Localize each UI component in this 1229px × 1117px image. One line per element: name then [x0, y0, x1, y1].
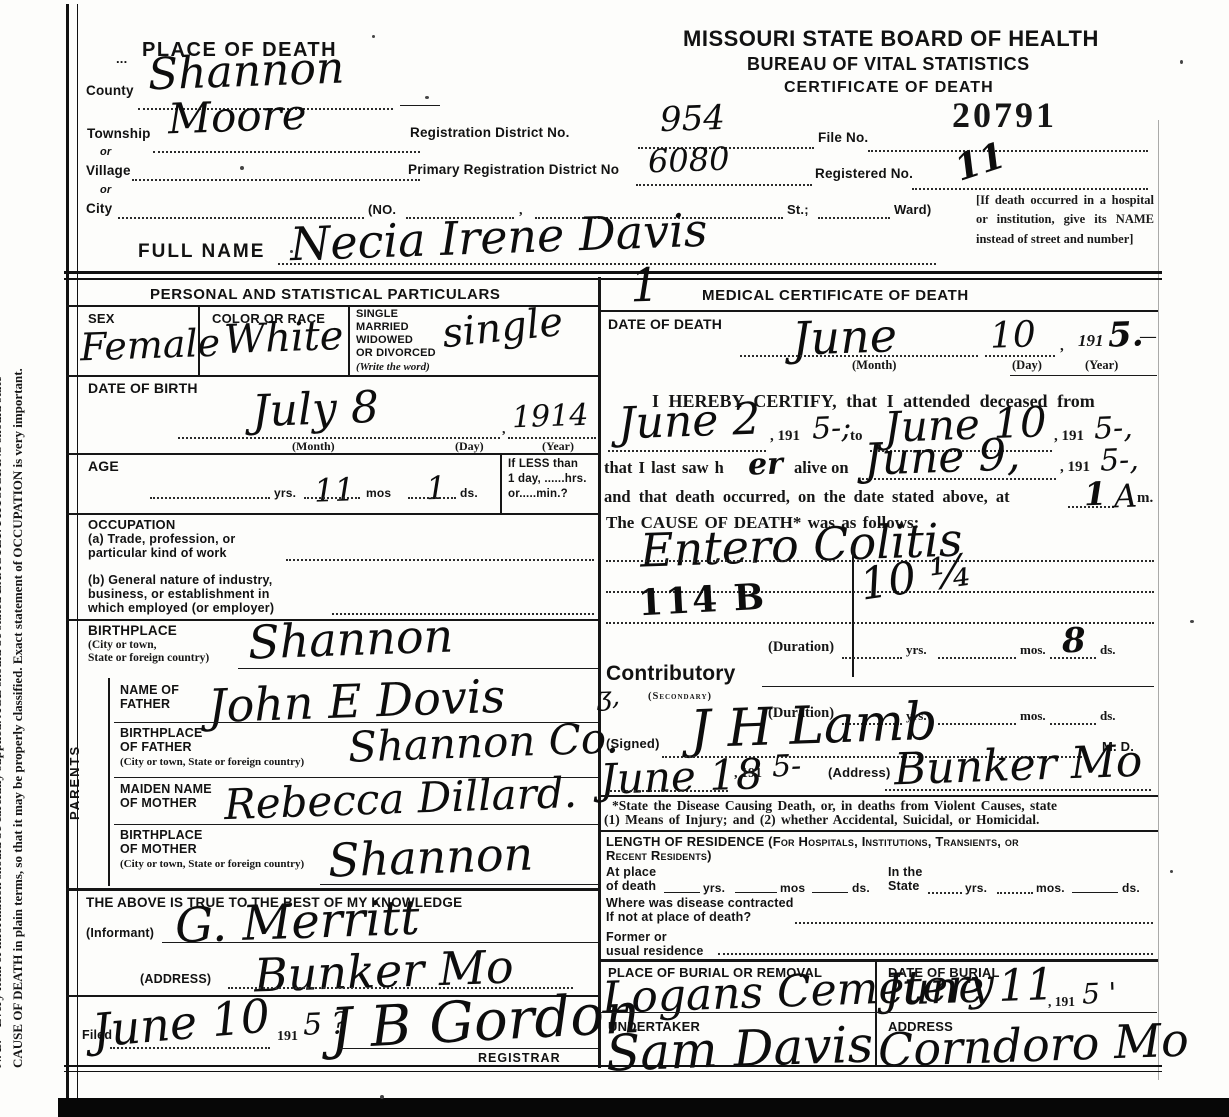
duration-mos-line — [938, 657, 1016, 659]
yr2-value: 5-, — [1093, 413, 1133, 444]
mother-bp-line — [320, 884, 598, 885]
duration-days-value: 8 — [1061, 624, 1086, 659]
personal-section-title: PERSONAL AND STATISTICAL PARTICULARS — [150, 287, 501, 303]
mother-bp-value: Shannon — [327, 830, 534, 883]
column-divider — [598, 277, 601, 1068]
if-less-3: or.....min.? — [508, 488, 568, 500]
age-months-value: 11 — [313, 473, 355, 506]
dob-label: DATE OF BIRTH — [88, 381, 198, 396]
county-label: County — [86, 84, 134, 98]
birthplace-value: Shannon — [247, 612, 454, 665]
dob-value: July 8 — [251, 386, 379, 434]
last-saw-text-2: alive on — [794, 459, 849, 477]
rule-r2 — [601, 795, 1158, 797]
scan-speck — [240, 166, 244, 170]
county-value: Shannon — [147, 47, 345, 98]
last-saw-er: er — [747, 449, 783, 480]
footnote-2: (1) Means of Injury; and (2) whether Acc… — [604, 813, 1039, 828]
dob-month-sub: (Month) — [292, 440, 335, 453]
county-line-2 — [400, 105, 440, 106]
father-bp-sub: (City or town, State or foreign country) — [120, 756, 304, 768]
age-days-value: 1 — [425, 472, 446, 505]
dod-year-printed: 191 — [1078, 332, 1104, 351]
occupation-b3: which employed (or employer) — [88, 602, 274, 615]
informant-label: (Informant) — [86, 927, 154, 940]
dob-line — [178, 437, 500, 439]
res-mos-label: mos — [780, 882, 805, 895]
duration-mos-label: mos. — [1020, 643, 1046, 657]
res-line-5 — [997, 892, 1033, 894]
village-label: Village — [86, 164, 131, 178]
residence-title-2: Recent Residents) — [606, 849, 712, 863]
ward-label: Ward) — [894, 203, 931, 217]
res-line-6 — [1072, 892, 1118, 893]
burial-year-printed: , 191 — [1048, 995, 1075, 1010]
full-name-label: FULL NAME — [138, 242, 265, 262]
marital-label-4: OR DIVORCED — [356, 348, 436, 360]
former-line — [718, 953, 1153, 955]
form-right-border — [1158, 120, 1159, 1080]
yr4-printed: , 191 — [734, 766, 762, 781]
in-the-label-1: In the — [888, 866, 923, 879]
street-label: St.; — [787, 203, 809, 217]
cause-code-mark: 114 B — [637, 579, 767, 622]
file-no-line — [868, 150, 1148, 152]
bureau-title: BUREAU OF VITAL STATISTICS — [747, 55, 1030, 74]
age-mos-label: mos — [366, 487, 391, 500]
rule-r3 — [601, 830, 1158, 832]
age-line-2 — [304, 497, 360, 499]
primary-registration-line — [636, 184, 812, 186]
form-left-border — [66, 4, 78, 1100]
age-yrs-label: yrs. — [274, 487, 296, 500]
birthplace-sub1: (City or town, — [88, 639, 156, 652]
mother-name-label-2: OF MOTHER — [120, 797, 197, 810]
yr3-printed: , 191 — [1060, 459, 1090, 476]
contributory-label: Contributory — [606, 663, 736, 685]
yr3-value: 5-, — [1099, 445, 1139, 476]
res-yrs-label: yrs. — [703, 882, 725, 895]
signed-address-label: (Address) — [828, 766, 890, 780]
signed-date-line — [610, 790, 728, 792]
margin-note-line1: N. B.—Every item of information should b… — [0, 376, 6, 1068]
informant-line — [162, 942, 598, 943]
occupation-a2: particular kind of work — [88, 547, 227, 560]
rule-l6 — [66, 888, 599, 891]
res-line-2 — [735, 892, 777, 893]
duration2-mos-label: mos. — [1020, 709, 1046, 723]
occupation-b1: (b) General nature of industry, — [88, 574, 272, 587]
dod-comma: , — [1060, 338, 1064, 355]
stray-duration-mark: 10 ¼ — [857, 548, 975, 607]
burial-date-value: June 11 — [883, 963, 1055, 1013]
age-line-1 — [150, 497, 270, 499]
yr2-printed: , 191 — [1054, 428, 1084, 445]
contracted-line — [795, 922, 1153, 924]
m-label: m. — [1137, 490, 1153, 507]
registrar-line — [340, 1048, 598, 1049]
scan-speck — [380, 1095, 384, 1099]
mother-bp-label-2: OF MOTHER — [120, 843, 197, 856]
yr1-printed: , 191 — [770, 428, 800, 445]
marital-label-1: SINGLE — [356, 309, 398, 321]
dod-dash: — — [1140, 328, 1156, 346]
township-line — [153, 151, 420, 153]
birthplace-label: BIRTHPLACE — [88, 624, 177, 638]
dod-label: DATE OF DEATH — [608, 317, 722, 332]
dod-day-sub: (Day) — [1012, 359, 1042, 373]
dod-day-value: 10 — [989, 317, 1036, 355]
registration-district-label: Registration District No. — [410, 126, 570, 140]
registration-district-value: 954 — [659, 101, 725, 137]
registered-no-line — [912, 188, 1148, 190]
dod-year-value: 5. — [1107, 317, 1144, 352]
death-certificate-scan: N. B.—Every item of information should b… — [0, 0, 1229, 1117]
township-value: Moore — [167, 94, 307, 141]
village-line — [132, 179, 420, 181]
attended-from-line — [608, 450, 766, 452]
duration-label: (Duration) — [768, 640, 834, 656]
former-label-2: usual residence — [606, 945, 704, 958]
death-occurred-text: and that death occurred, on the date sta… — [604, 488, 1010, 506]
burial-place-line — [600, 1012, 875, 1013]
birthplace-line — [238, 668, 598, 669]
city-label: City — [86, 202, 112, 216]
occupation-a-line — [286, 559, 594, 561]
former-label-1: Former or — [606, 931, 667, 944]
death-hour-value: 1 — [1083, 478, 1106, 511]
full-name-line — [278, 263, 936, 265]
duration2-ds-line — [1050, 723, 1096, 725]
registered-no-value: 11 — [951, 137, 1010, 187]
dod-month-sub: (Month) — [852, 359, 896, 373]
scan-speck — [290, 250, 293, 253]
yr1-value: 5-; — [811, 413, 851, 444]
parents-label: PARENTS — [68, 745, 84, 820]
leader-dots: ... — [116, 52, 127, 66]
scan-speck — [1190, 620, 1194, 623]
res-ds2-label: ds. — [1122, 882, 1140, 895]
duration2-ds-label: ds. — [1100, 709, 1116, 723]
duration-yrs-line — [842, 657, 902, 659]
or-label-1: or — [100, 147, 111, 159]
informant-address-label: (ADDRESS) — [140, 973, 211, 986]
occupation-label: OCCUPATION — [88, 518, 175, 532]
primary-registration-value: 6080 — [647, 143, 730, 178]
res-ds-label: ds. — [852, 882, 870, 895]
age-ds-label: ds. — [460, 487, 478, 500]
mother-bp-sub: (City or town, State or foreign country) — [120, 858, 304, 870]
marital-note: (Write the word) — [356, 361, 430, 373]
primary-registration-label: Primary Registration District No — [408, 163, 619, 177]
signed-address-line — [885, 789, 1151, 791]
father-bp-label-2: OF FATHER — [120, 741, 192, 754]
father-name-label-1: NAME OF — [120, 684, 179, 697]
scan-speck — [1180, 60, 1183, 64]
attended-from-value: June 2 — [617, 398, 761, 447]
in-the-label-2: State — [888, 880, 920, 893]
township-label: Township — [87, 127, 151, 141]
burial-year-value: 5 ' — [1082, 979, 1117, 1008]
scan-speck — [1170, 870, 1173, 873]
stray-scrawl: ʒ, — [597, 684, 621, 711]
at-place-label-2: of death — [606, 880, 656, 893]
bottom-black-bar — [58, 1098, 1229, 1117]
dob-comma: , — [502, 422, 506, 437]
res-mos2-label: mos. — [1036, 882, 1065, 895]
duration-ds-label: ds. — [1100, 643, 1116, 657]
residence-title-1: LENGTH OF RESIDENCE (For Hospitals, Inst… — [606, 835, 1019, 849]
rule-l4 — [66, 513, 599, 515]
race-divider — [348, 307, 350, 375]
rule-l2 — [66, 375, 599, 377]
dob-year-sub: (Year) — [542, 440, 574, 453]
signed-address-value: Bunker Mo — [893, 740, 1143, 793]
duration2-mos-line — [938, 723, 1016, 725]
contracted-label-2: If not at place of death? — [606, 911, 751, 924]
file-no-label: File No. — [818, 131, 868, 145]
scan-speck — [372, 35, 375, 38]
if-less-2: 1 day, ......hrs. — [508, 473, 587, 485]
occupation-b2: business, or establishment in — [88, 588, 270, 601]
yr4-value: 5- — [771, 751, 801, 782]
contracted-label-1: Where was disease contracted — [606, 897, 794, 910]
mother-bp-label-1: BIRTHPLACE — [120, 829, 203, 842]
medical-section-title: MEDICAL CERTIFICATE OF DEATH — [702, 288, 969, 304]
at-place-label-1: At place — [606, 866, 656, 879]
mother-name-label-1: MAIDEN NAME — [120, 783, 212, 796]
filed-date-line — [110, 1047, 270, 1049]
marital-label-3: WIDOWED — [356, 335, 413, 347]
scan-speck — [425, 96, 429, 99]
to-label: to — [850, 428, 863, 445]
dod-day-line — [985, 355, 1055, 357]
or-label-2: or — [100, 185, 111, 197]
age-divider — [500, 453, 502, 513]
rule-r4 — [601, 959, 1158, 962]
if-less-1: If LESS than — [508, 458, 578, 470]
marital-value: single — [440, 302, 565, 354]
filed-date-value: June 10 — [90, 992, 271, 1053]
dob-year: 1914 — [511, 401, 588, 434]
color-race-value: White — [223, 316, 344, 360]
registrar-label: REGISTRAR — [478, 1052, 561, 1065]
marital-label-2: MARRIED — [356, 322, 409, 334]
dod-month-line — [740, 355, 978, 357]
sex-value: Female — [79, 324, 220, 367]
file-no-value: 20791 — [952, 96, 1057, 136]
last-saw-date-value: June 9, — [863, 433, 1021, 482]
burial-date-line — [877, 1012, 1157, 1013]
age-line-3 — [408, 497, 456, 499]
father-bp-label-1: BIRTHPLACE — [120, 727, 203, 740]
res-line-4 — [928, 892, 962, 894]
registered-no-label: Registered No. — [815, 167, 913, 181]
res-line-1 — [664, 892, 700, 893]
form-bottom-rule — [64, 1065, 1162, 1072]
occupation-a1: (a) Trade, profession, or — [88, 533, 235, 546]
header-bottom-rule — [64, 271, 1162, 280]
father-name-label-2: FATHER — [120, 698, 170, 711]
birthplace-sub2: State or foreign country) — [88, 652, 209, 665]
dod-year-sub: (Year) — [1085, 359, 1118, 373]
hospital-note: [If death occurred in a hospital or inst… — [976, 191, 1154, 249]
dob-day-sub: (Day) — [455, 440, 484, 453]
age-label: AGE — [88, 459, 119, 474]
margin-note-line2: CAUSE OF DEATH in plain terms, so that i… — [11, 368, 27, 1068]
ward-line — [818, 217, 890, 219]
rule-l3 — [66, 453, 599, 455]
res-yrs2-label: yrs. — [965, 882, 987, 895]
filed-year-printed: 191 — [277, 1029, 298, 1044]
stray-pen-mark: 1 — [629, 262, 660, 309]
dod-sub-line — [1010, 375, 1157, 376]
parents-divider — [108, 678, 110, 886]
contributory-line — [762, 686, 1154, 687]
res-line-3 — [812, 892, 848, 893]
duration-yrs-label: yrs. — [906, 643, 927, 657]
mother-name-value: Rebecca Dillard. — [223, 772, 577, 826]
board-title: MISSOURI STATE BOARD OF HEALTH — [683, 27, 1099, 50]
signed-label: (Signed) — [606, 737, 660, 751]
duration-ds-line — [1050, 657, 1096, 659]
last-saw-text-1: that I last saw h — [604, 459, 724, 477]
death-ampm-value: A — [1113, 480, 1137, 513]
father-bp-value: Shannon Co. — [347, 717, 619, 768]
mother-name-line — [114, 824, 598, 825]
